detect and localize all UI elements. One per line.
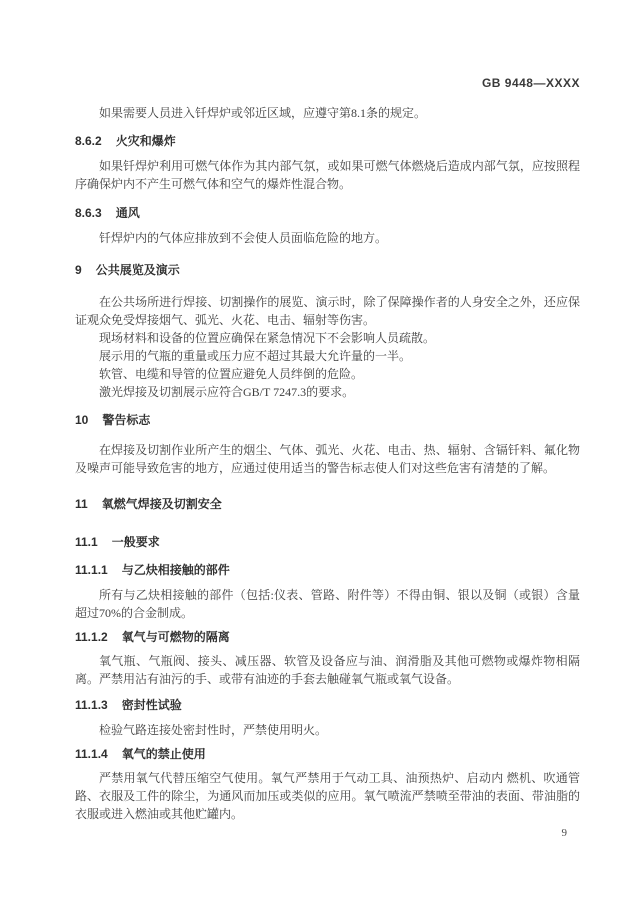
chapter-title: 警告标志	[102, 413, 150, 427]
chapter-heading-9: 9公共展览及演示	[75, 263, 580, 278]
section-number: 11.1.1	[75, 563, 108, 577]
document-page: GB 9448—XXXX 如果需要人员进入钎焊炉或邻近区域，应遵守第8.1条的规…	[0, 0, 639, 903]
section-11-1-2-paragraph: 氧气瓶、气瓶阀、接头、减压器、软管及设备应与油、润滑脂及其他可燃物或爆炸物相隔离…	[75, 652, 580, 688]
section-heading-11-1-4: 11.1.4氧气的禁止使用	[75, 747, 580, 762]
section-title: 密封性试验	[122, 698, 182, 712]
chapter-number: 10	[75, 413, 88, 427]
section-9-paragraph-5: 激光焊接及切割展示应符合GB/T 7247.3的要求。	[75, 383, 580, 401]
section-9-paragraph-4: 软管、电缆和导管的位置应避免人员绊倒的危险。	[75, 365, 580, 383]
chapter-title: 氧燃气焊接及切割安全	[102, 497, 222, 511]
section-number: 11.1.3	[75, 698, 108, 712]
section-8-6-3-paragraph: 钎焊炉内的气体应排放到不会使人员面临危险的地方。	[75, 229, 580, 247]
section-8-6-2-paragraph: 如果钎焊炉利用可燃气体作为其内部气氛，或如果可燃气体燃烧后造成内部气氛，应按照程…	[75, 157, 580, 193]
chapter-heading-11: 11氧燃气焊接及切割安全	[75, 497, 580, 512]
section-11-1-3-paragraph: 检验气路连接处密封性时，严禁使用明火。	[75, 721, 580, 739]
chapter-number: 11	[75, 497, 88, 511]
chapter-number: 9	[75, 263, 82, 277]
section-heading-11-1-3: 11.1.3密封性试验	[75, 698, 580, 713]
section-10-paragraph: 在焊接及切割作业所产生的烟尘、气体、弧光、火花、电击、热、辐射、含镉钎料、氟化物…	[75, 441, 580, 477]
document-code-header: GB 9448—XXXX	[75, 76, 580, 91]
section-9-paragraph-2: 现场材料和设备的位置应确保在紧急情况下不会影响人员疏散。	[75, 329, 580, 347]
section-number: 11.1.2	[75, 630, 108, 644]
section-number: 8.6.2	[75, 134, 102, 148]
section-number: 11.1	[75, 535, 98, 549]
section-title: 火灾和爆炸	[116, 134, 176, 148]
section-heading-8-6-3: 8.6.3通风	[75, 206, 580, 221]
section-heading-11-1-2: 11.1.2氧气与可燃物的隔离	[75, 630, 580, 645]
section-title: 与乙炔相接触的部件	[122, 563, 230, 577]
page-content: GB 9448—XXXX 如果需要人员进入钎焊炉或邻近区域，应遵守第8.1条的规…	[75, 0, 580, 823]
page-number: 9	[562, 826, 568, 840]
section-11-1-1-paragraph: 所有与乙炔相接触的部件（包括:仪表、管路、附件等）不得由铜、银以及铜（或银）含量…	[75, 586, 580, 622]
section-heading-8-6-2: 8.6.2火灾和爆炸	[75, 134, 580, 149]
section-number: 11.1.4	[75, 747, 108, 761]
section-title: 通风	[116, 206, 140, 220]
section-9-paragraph-3: 展示用的气瓶的重量或压力应不超过其最大允许量的一半。	[75, 347, 580, 365]
chapter-title: 公共展览及演示	[96, 263, 180, 277]
section-11-1-4-paragraph: 严禁用氧气代替压缩空气使用。氧气严禁用于气动工具、油预热炉、启动内 燃机、吹通管…	[75, 769, 580, 823]
section-heading-11-1-1: 11.1.1与乙炔相接触的部件	[75, 563, 580, 578]
section-heading-11-1: 11.1一般要求	[75, 535, 580, 550]
section-title: 一般要求	[112, 535, 160, 549]
section-number: 8.6.3	[75, 206, 102, 220]
section-9-paragraph-1: 在公共场所进行焊接、切割操作的展览、演示时，除了保障操作者的人身安全之外，还应保…	[75, 293, 580, 329]
section-title: 氧气的禁止使用	[122, 747, 206, 761]
section-title: 氧气与可燃物的隔离	[122, 630, 230, 644]
intro-paragraph: 如果需要人员进入钎焊炉或邻近区域，应遵守第8.1条的规定。	[75, 104, 580, 122]
chapter-heading-10: 10警告标志	[75, 413, 580, 428]
